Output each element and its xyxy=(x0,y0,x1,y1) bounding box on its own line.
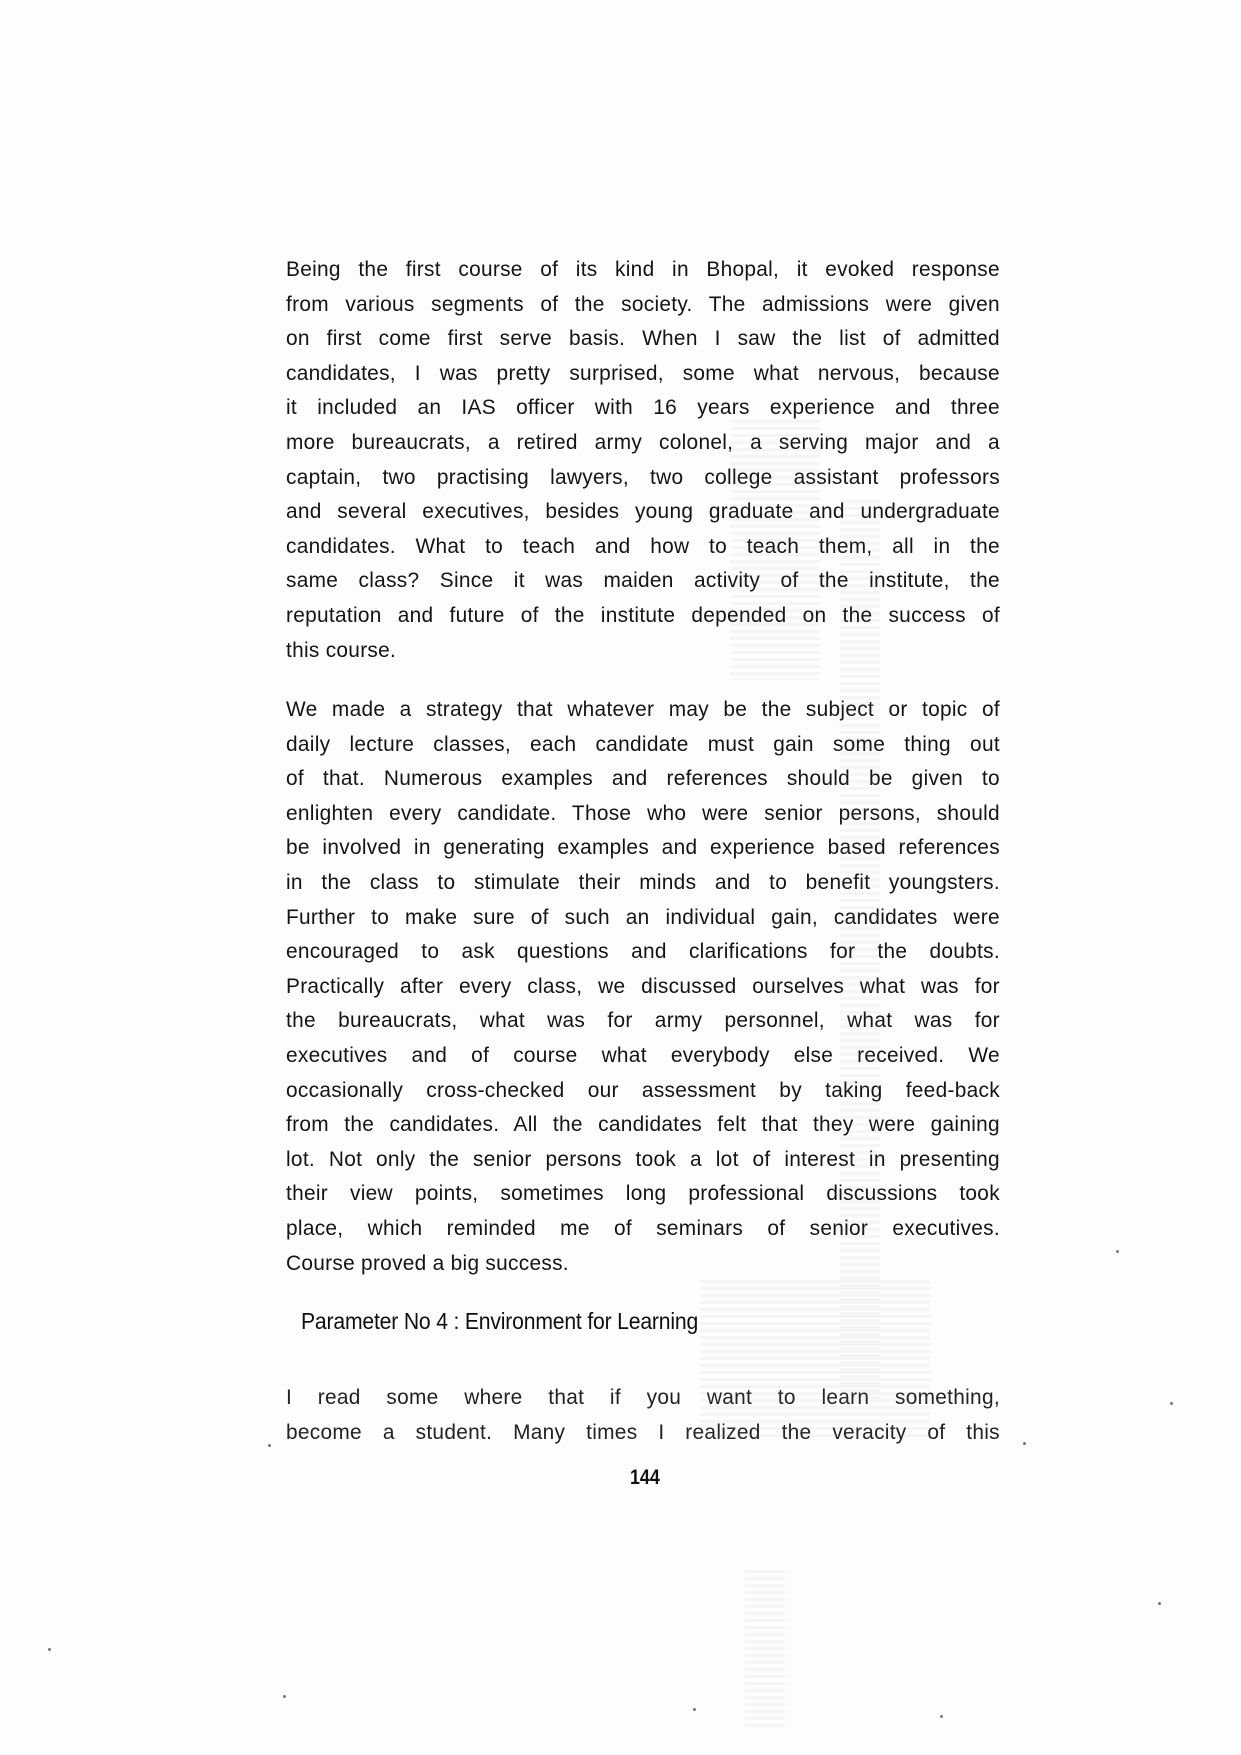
scan-speck xyxy=(940,1715,943,1718)
text-line: this course. xyxy=(286,633,1000,668)
text-line: occasionally cross-checked our assessmen… xyxy=(286,1073,1000,1108)
text-line: in the class to stimulate their minds an… xyxy=(286,865,1000,900)
scan-speck xyxy=(1116,1250,1119,1253)
scan-speck xyxy=(1170,1402,1173,1405)
text-line: it included an IAS officer with 16 years… xyxy=(286,390,1000,425)
scan-speck xyxy=(283,1695,286,1698)
scan-speck xyxy=(1158,1602,1161,1605)
text-line: candidates. What to teach and how to tea… xyxy=(286,529,1000,564)
text-line: Practically after every class, we discus… xyxy=(286,969,1000,1004)
page-number: 144 xyxy=(630,1466,660,1490)
text-line: enlighten every candidate. Those who wer… xyxy=(286,796,1000,831)
text-line: captain, two practising lawyers, two col… xyxy=(286,460,1000,495)
text-line: same class? Since it was maiden activity… xyxy=(286,563,1000,598)
section-heading: Parameter No 4 : Environment for Learnin… xyxy=(301,1308,698,1335)
scan-smudge xyxy=(730,420,820,680)
scan-smudge xyxy=(840,500,880,1400)
scan-speck xyxy=(1023,1442,1026,1445)
text-line: their view points, sometimes long profes… xyxy=(286,1176,1000,1211)
text-line: encouraged to ask questions and clarific… xyxy=(286,934,1000,969)
paragraph-strategy: We made a strategy that whatever may be … xyxy=(286,692,1022,1280)
scan-speck xyxy=(48,1648,51,1651)
text-line: We made a strategy that whatever may be … xyxy=(286,692,1000,727)
text-line: of that. Numerous examples and reference… xyxy=(286,761,1000,796)
text-line: Course proved a big success. xyxy=(286,1246,1000,1281)
text-line: place, which reminded me of seminars of … xyxy=(286,1211,1000,1246)
scan-speck xyxy=(268,1444,271,1447)
text-line: be involved in generating examples and e… xyxy=(286,830,1000,865)
text-line: daily lecture classes, each candidate mu… xyxy=(286,727,1000,762)
scan-smudge xyxy=(700,1280,930,1440)
scan-speck xyxy=(693,1708,696,1711)
text-line: reputation and future of the institute d… xyxy=(286,598,1000,633)
text-line: Being the first course of its kind in Bh… xyxy=(286,252,1000,287)
text-line: candidates, I was pretty surprised, some… xyxy=(286,356,1000,391)
text-line: executives and of course what everybody … xyxy=(286,1038,1000,1073)
scan-smudge xyxy=(745,1570,785,1730)
text-line: more bureaucrats, a retired army colonel… xyxy=(286,425,1000,460)
paragraph-course-intro: Being the first course of its kind in Bh… xyxy=(286,252,1022,667)
document-page: Being the first course of its kind in Bh… xyxy=(0,0,1241,1755)
text-line: on first come first serve basis. When I … xyxy=(286,321,1000,356)
text-line: lot. Not only the senior persons took a … xyxy=(286,1142,1000,1177)
text-line: from various segments of the society. Th… xyxy=(286,287,1000,322)
text-line: from the candidates. All the candidates … xyxy=(286,1107,1000,1142)
text-line: and several executives, besides young gr… xyxy=(286,494,1000,529)
text-line: the bureaucrats, what was for army perso… xyxy=(286,1003,1000,1038)
text-line: Further to make sure of such an individu… xyxy=(286,900,1000,935)
